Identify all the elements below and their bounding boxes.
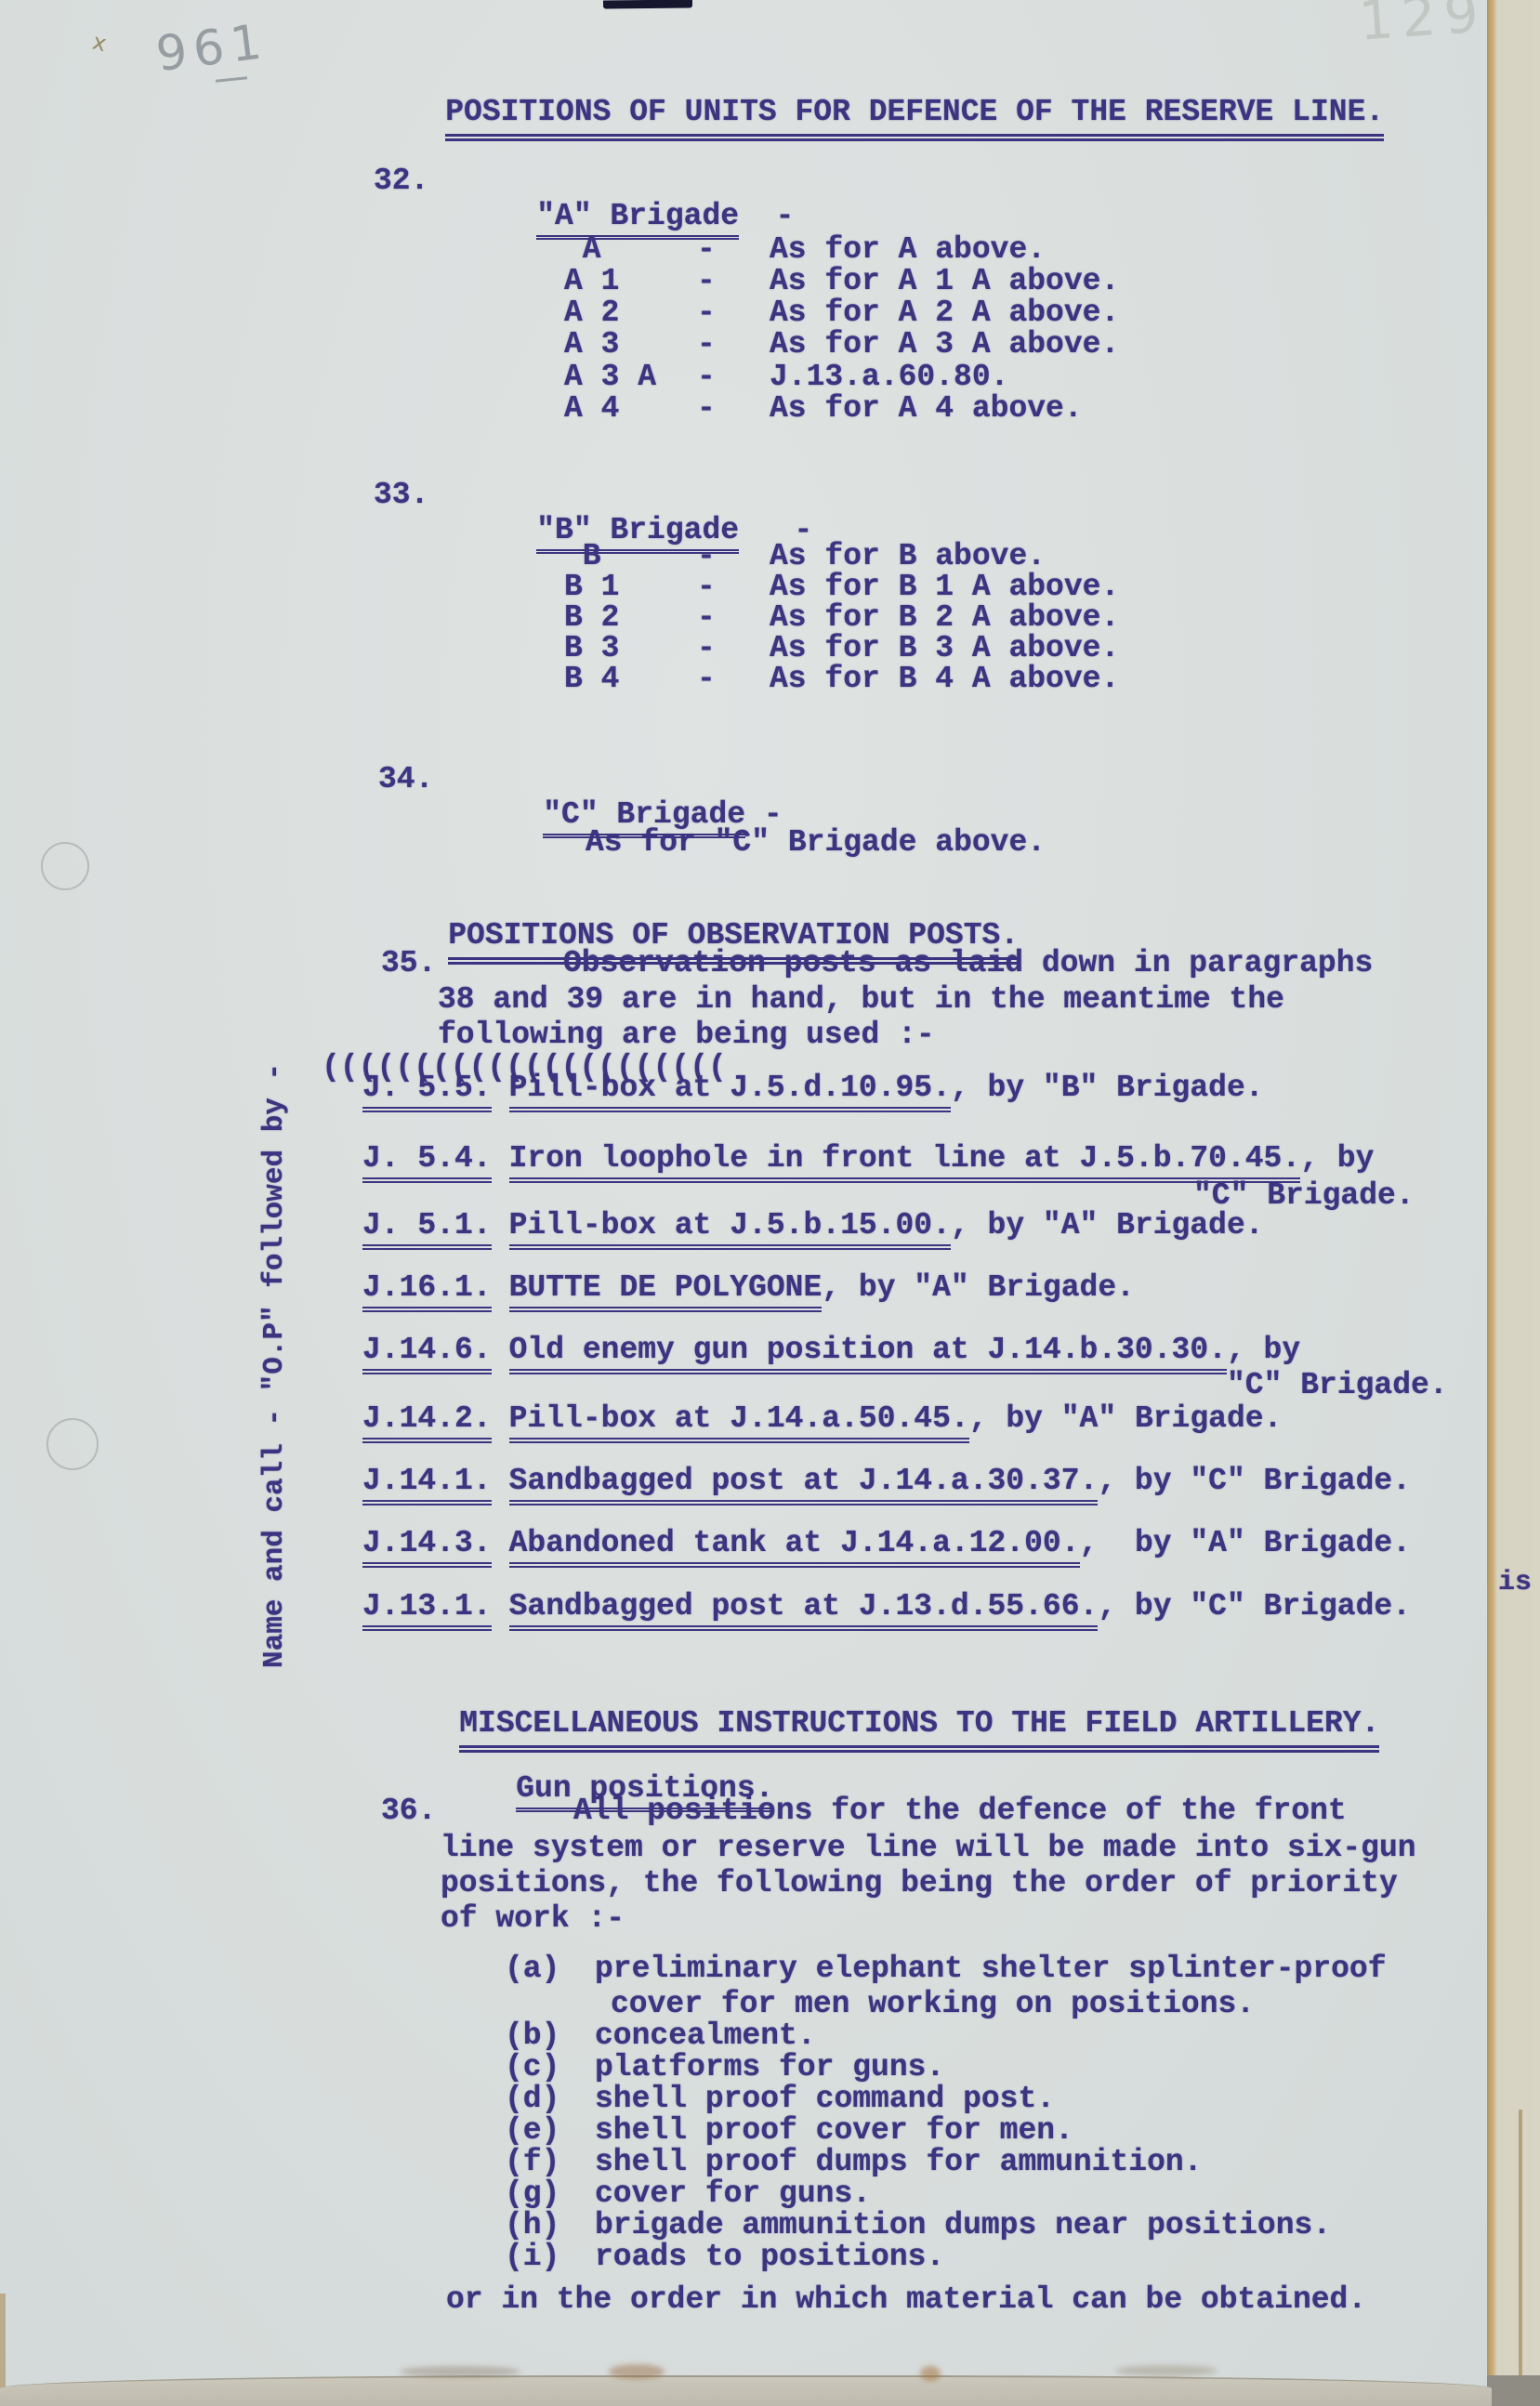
priority-item-a: (a)preliminary elephant shelter splinter… xyxy=(505,1952,1387,1987)
priority-item-h: (h)brigade ammunition dumps near positio… xyxy=(505,2208,1331,2243)
priority-item-d: (d)shell proof command post. xyxy=(505,2082,1055,2117)
artillery-paragraph-line: of work :- xyxy=(441,1901,625,1937)
right-fold-line xyxy=(1519,2110,1522,2406)
page-title: POSITIONS OF UNITS FOR DEFENCE OF THE RE… xyxy=(372,59,1384,165)
edge-text-is: is xyxy=(1498,1567,1532,1599)
obs-item-j146-wrap: "C" Brigade. xyxy=(1227,1368,1448,1403)
priority-item-e: (e)shell proof cover for men. xyxy=(505,2113,1073,2149)
artillery-paragraph-line: positions, the following being the order… xyxy=(441,1866,1398,1901)
obs-item-j143: J.14.3.Abandoned tank at J.14.a.12.00., … xyxy=(362,1526,1411,1561)
obs-item-j161: J.16.1.BUTTE DE POLYGONE, by "A" Brigade… xyxy=(362,1270,1135,1306)
bottom-edge xyxy=(0,2375,1492,2406)
brace-column: (((((((((((((((((((((( xyxy=(322,1054,341,1082)
obs-item-j146: J.14.6.Old enemy gun position at J.14.b.… xyxy=(362,1333,1300,1368)
right-edge-strip xyxy=(1487,0,1540,2406)
section-34-number: 34. xyxy=(378,762,433,797)
brigade-a-row: A 4-As for A 4 above. xyxy=(564,391,1083,427)
obs-item-j55: J. 5.5.Pill-box at J.5.d.10.95., by "B" … xyxy=(362,1071,1264,1106)
section-36-number: 36. xyxy=(381,1794,436,1829)
priority-item-i: (i)roads to positions. xyxy=(505,2240,944,2275)
brigade-a-row: A 3 A-J.13.a.60.80. xyxy=(564,360,1008,395)
document-page: 961 x 129 POSITIONS OF UNITS FOR DEFENCE… xyxy=(0,0,1540,2406)
brigade-a-row: A 3-As for A 3 A above. xyxy=(564,327,1119,362)
priority-item-g: (g)cover for guns. xyxy=(505,2176,871,2212)
obs-item-j141: J.14.1.Sandbagged post at J.14.a.30.37.,… xyxy=(362,1464,1411,1499)
artillery-paragraph-line: line system or reserve line will be made… xyxy=(441,1831,1416,1866)
observation-paragraph-line: Observation posts as laid down in paragr… xyxy=(563,946,1373,981)
section-35-number: 35. xyxy=(381,946,436,981)
pencil-number-right: 129 xyxy=(1357,0,1489,53)
pencil-underline xyxy=(216,76,247,83)
obs-item-j51: J. 5.1.Pill-box at J.5.b.15.00., by "A" … xyxy=(362,1208,1264,1243)
obs-item-j54: J. 5.4.Iron loophole in front line at J.… xyxy=(362,1141,1374,1177)
brigade-a-row: A 1-As for A 1 A above. xyxy=(564,264,1119,299)
observation-paragraph-line: following are being used :- xyxy=(438,1018,935,1053)
punch-hole-bottom xyxy=(46,1418,99,1470)
pencil-number-left: 961 xyxy=(153,14,271,83)
bottom-stain xyxy=(400,2366,520,2377)
bottom-right-shadow xyxy=(1487,2375,1540,2406)
observation-paragraph-line: 38 and 39 are in hand, but in the meanti… xyxy=(438,982,1284,1018)
margin-note: Name and call - "O.P" followed by - xyxy=(258,962,292,1668)
section-33-number: 33. xyxy=(374,478,428,513)
pencil-check-mark: x xyxy=(90,29,110,58)
priority-item-b: (b)concealment. xyxy=(505,2018,816,2054)
top-ink-mark xyxy=(603,0,692,9)
bottom-stain xyxy=(609,2364,665,2379)
bottom-stain xyxy=(920,2366,941,2381)
priority-item-c: (c)platforms for guns. xyxy=(505,2050,944,2085)
brigade-c-body: As for "C" Brigade above. xyxy=(586,825,1046,861)
brigade-a-row: A 2-As for A 2 A above. xyxy=(564,296,1119,331)
priority-item-f: (f)shell proof dumps for ammunition. xyxy=(505,2145,1203,2180)
section-32-number: 32. xyxy=(374,164,428,199)
punch-hole-top xyxy=(41,842,89,890)
brigade-b-row: B 4-As for B 4 A above. xyxy=(564,662,1119,697)
artillery-footer-line: or in the order in which material can be… xyxy=(446,2282,1366,2318)
obs-item-j142: J.14.2.Pill-box at J.14.a.50.45., by "A"… xyxy=(362,1401,1282,1437)
artillery-paragraph-line: All positions for the defence of the fro… xyxy=(573,1794,1347,1829)
bottom-stain xyxy=(1115,2365,1218,2376)
priority-item-a-line2: cover for men working on positions. xyxy=(611,1987,1255,2022)
obs-item-j131: J.13.1.Sandbagged post at J.13.d.55.66.,… xyxy=(362,1589,1411,1624)
brigade-a-row: A-As for A above. xyxy=(564,232,1046,268)
